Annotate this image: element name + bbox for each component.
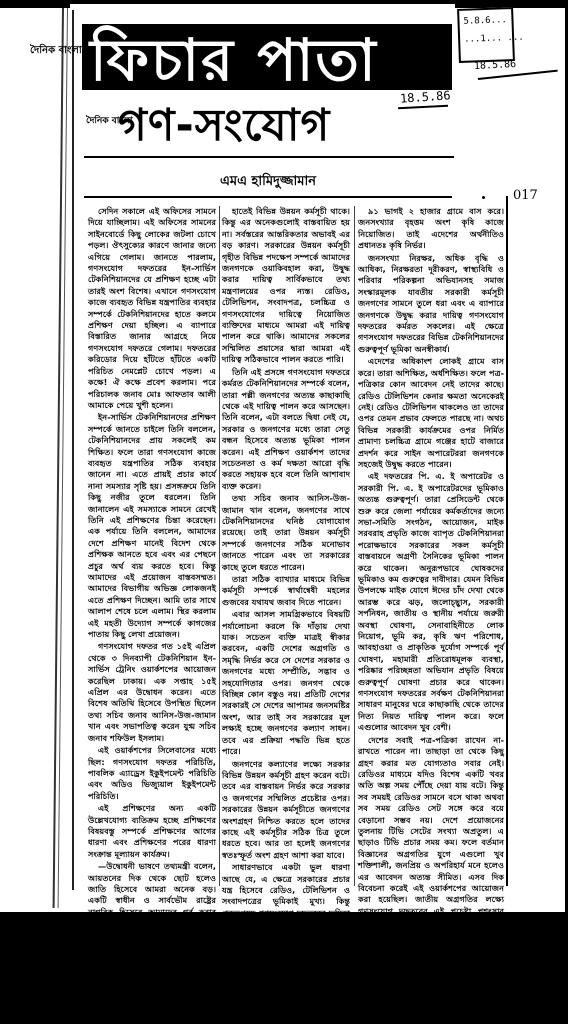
article-column-3: ৯১ ভাগই ২ হাজার গ্রামে বাস করে। জনসংখ্যা… — [358, 206, 504, 886]
article-column-1: সেদিন সকালে এই অফিসের সামনে দিয়ে যাচ্ছি… — [88, 206, 216, 896]
clipping-edge — [72, 10, 74, 890]
stamp-line-1: 5.8.6... — [463, 15, 507, 27]
paragraph: তারা সঠিক ব্যাখ্যার মাধ্যমে বিভিন্ন কর্ম… — [222, 574, 350, 608]
paragraph: দেশের সবাই পত্র-পত্রিকা রাখেন না-রাখতে প… — [358, 735, 504, 929]
paragraph: এই প্রশিক্ষণের অন্য একটি উল্লেখযোগ্য ব্য… — [88, 803, 216, 860]
headline-rule — [84, 156, 454, 158]
headline: গণ-সংযোগ — [118, 92, 330, 165]
section-banner-title: ফিচার পাতা — [90, 24, 378, 90]
archive-stamp: 5.8.6... ...1... ... — [457, 7, 515, 63]
byline-rule — [84, 196, 452, 198]
scan-background-bottom — [0, 912, 568, 1024]
paragraph: তিনি এই প্রসঙ্গে গণসংযোগ দফতরে কর্মরত টে… — [222, 367, 350, 492]
paragraph: এই ওয়ার্কশপের সিলেবাসের মধ্যে ছিল: গণসং… — [88, 745, 216, 802]
byline: এমএ হামিদুজ্জামান — [220, 172, 316, 193]
section-banner: ফিচার পাতা — [82, 24, 452, 90]
paragraph: হাতেই বিভিন্ন উন্নয়ন কর্মসূচী থাকে। কিন… — [222, 206, 350, 366]
article-column-2: হাতেই বিভিন্ন উন্নয়ন কর্মসূচী থাকে। কিন… — [222, 206, 350, 896]
page-number: 017 — [513, 188, 538, 203]
column-divider — [354, 206, 355, 886]
margin-newspaper-label: দৈনিক বাংলা — [30, 43, 82, 60]
paragraph: এবার আসল সামগ্রিকভাবে বিষয়টি পর্যালোচনা… — [222, 609, 350, 757]
paragraph: গণসংযোগ দফতর গত ১৫ই এপ্রিল থেকে ৩ দিনব্য… — [88, 641, 216, 744]
paragraph: ইন-সার্ভিস টেকনিশিয়ানদের প্রশিক্ষণ সম্প… — [88, 412, 216, 640]
paragraph: তথ্য সচিব জনাব আনিস-উজ-জামান খান বলেন, জ… — [222, 493, 350, 573]
column-divider — [219, 206, 220, 886]
paragraph: জনগণের কল্যাণের লক্ষ্যে সরকার বিভিন্ন উন… — [222, 759, 350, 862]
paragraph: জনসংখ্যা নিরক্ষর, অধিক বৃদ্ধি ও আধিক্য, … — [358, 253, 504, 356]
stamp-line-2: ...1... ... — [464, 33, 524, 45]
paragraph: সেদিন সকালে এই অফিসের সামনে দিয়ে যাচ্ছি… — [88, 206, 216, 411]
clipping-right-edge — [506, 196, 508, 886]
paragraph: এদেশের অধিকাংশ লোকই গ্রামে বাস করে। তারা… — [358, 356, 504, 470]
paragraph: ৯১ ভাগই ২ হাজার গ্রামে বাস করে। জনসংখ্যা… — [358, 206, 504, 252]
paragraph: এই দফতরের পি. এ. ই অপারেটর ও সরকারী পি. … — [358, 471, 504, 733]
speck — [482, 196, 485, 199]
stamp-date: 18.5.86 — [474, 59, 517, 72]
